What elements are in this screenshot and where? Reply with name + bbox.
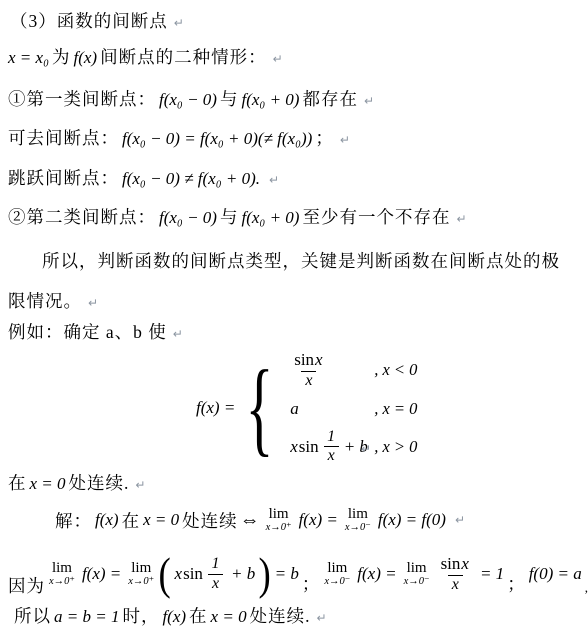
piecewise-case-1: sinx x , x < 0 bbox=[287, 350, 420, 390]
piecewise-case-3: xsin 1 x + b , x > 0 bbox=[287, 428, 420, 466]
sin-function: sin bbox=[441, 554, 461, 573]
limit-word: lim bbox=[131, 561, 151, 576]
chinese-text: 都存在 bbox=[302, 89, 358, 109]
limit: limx→0⁻ bbox=[404, 561, 430, 588]
chinese-text: 因为 bbox=[8, 573, 45, 598]
math-variable: x bbox=[175, 564, 183, 584]
math-expression: f(x₀ − 0) ≠ f(x₀ + 0). bbox=[122, 169, 260, 188]
open-paren-symbol: ( bbox=[159, 553, 171, 594]
chinese-text: ； bbox=[315, 128, 334, 148]
limit-subscript: x→0⁻ bbox=[404, 577, 430, 588]
paragraph-mark: ↵ bbox=[364, 94, 374, 108]
limit-word: lim bbox=[348, 507, 368, 522]
math-expression: f(x) bbox=[73, 48, 97, 67]
math-expression: f(x) = bbox=[299, 510, 338, 530]
math-expression: f(x₀ − 0) bbox=[159, 90, 217, 109]
case-condition: , x < 0 bbox=[374, 360, 417, 380]
math-variable: x bbox=[461, 554, 469, 573]
final-line: 所以a = b = 1时，f(x)在x = 0处连续.↵ bbox=[14, 603, 327, 628]
paragraph-mark: ↵ bbox=[88, 296, 98, 310]
paragraph-mark: ↵ bbox=[455, 513, 465, 527]
close-paren-symbol: ) bbox=[259, 553, 271, 594]
heading-line: （3）函数的间断点↵ bbox=[10, 8, 184, 33]
limit: limx→0⁻ bbox=[345, 507, 371, 534]
chinese-text: 跳跃间断点： bbox=[8, 168, 119, 188]
fraction-numerator: sinx bbox=[438, 554, 473, 574]
semicolon-punct: ； bbox=[302, 571, 321, 596]
conclusion-line-1: 所以，判断函数的间断点类型，关键是判断函数在间断点处的极 bbox=[42, 248, 560, 273]
math-expression: f(x) bbox=[162, 607, 186, 626]
solution-line: 解： f(x) 在 x = 0 处连续 ⇔ limx→0⁺ f(x) = lim… bbox=[55, 500, 465, 540]
type1-line: ①第一类间断点：f(x₀ − 0)与f(x₀ + 0)都存在↵ bbox=[8, 86, 374, 111]
math-expression: x = x₀ bbox=[8, 48, 49, 67]
math-expression: f(x) = bbox=[357, 564, 396, 584]
fraction-numerator: 1 bbox=[208, 555, 222, 573]
chinese-text: 与 bbox=[220, 207, 239, 227]
math-expression: f(x) = f(0) bbox=[378, 510, 446, 530]
chinese-text: 处连续. bbox=[250, 606, 311, 626]
fraction: sinx x bbox=[291, 350, 326, 390]
solution-label: 解： bbox=[55, 508, 92, 533]
case-expression: sinx x bbox=[287, 350, 371, 390]
math-expression: + b bbox=[231, 564, 255, 584]
intro-line: x = x₀为f(x)间断点的二种情形：↵ bbox=[8, 44, 283, 69]
limit-word: lim bbox=[269, 507, 289, 522]
paragraph-mark: ↵ bbox=[316, 611, 326, 625]
limit-subscript: x→0⁺ bbox=[266, 523, 292, 534]
limit: limx→0⁺ bbox=[128, 561, 154, 588]
fraction-denominator: x bbox=[448, 575, 463, 594]
chinese-text: 在 bbox=[189, 606, 208, 626]
removable-line: 可去间断点：f(x₀ − 0) = f(x₀ + 0)(≠ f(x₀))；↵ bbox=[8, 125, 350, 150]
chinese-text: 处连续. bbox=[69, 473, 130, 493]
paragraph-mark: ↵ bbox=[173, 327, 183, 341]
chinese-text: 至少有一个不存在 bbox=[302, 207, 450, 227]
sin-function: sin bbox=[294, 350, 314, 369]
math-expression: x = 0 bbox=[143, 510, 179, 530]
limit: limx→0⁺ bbox=[266, 507, 292, 534]
limit-subscript: x→0⁻ bbox=[345, 523, 371, 534]
equation-lhs: f(x) = bbox=[196, 398, 235, 418]
math-expression: x = 0 bbox=[211, 607, 247, 626]
chinese-text: 所以 bbox=[14, 606, 51, 626]
jump-line: 跳跃间断点：f(x₀ − 0) ≠ f(x₀ + 0).↵ bbox=[8, 165, 279, 190]
fraction: sinxx bbox=[438, 554, 473, 594]
case-condition: , x > 0 bbox=[374, 437, 417, 457]
math-expression: a = b = 1 bbox=[54, 607, 119, 626]
paragraph-mark: ↵ bbox=[174, 16, 184, 30]
fraction-denominator: x bbox=[324, 446, 339, 465]
chinese-text: 间断点的二种情形： bbox=[100, 47, 267, 67]
chinese-text: 限情况。 bbox=[8, 291, 82, 311]
limit-subscript: x→0⁺ bbox=[128, 577, 154, 588]
continuity-line: 在x = 0处连续.↵ bbox=[8, 470, 145, 495]
chinese-text: ①第一类间断点： bbox=[8, 89, 156, 109]
math-expression: f(x₀ + 0) bbox=[241, 208, 299, 227]
left-brace-symbol: { bbox=[246, 356, 274, 460]
chinese-text: ②第二类间断点： bbox=[8, 207, 156, 227]
example-line: 例如：确定 a、b 使↵ bbox=[8, 319, 183, 344]
heading-text: （3）函数的间断点 bbox=[10, 11, 168, 31]
conclusion-line-2: 限情况。↵ bbox=[8, 288, 98, 313]
limit: limx→0⁺ bbox=[49, 561, 75, 588]
iff-symbol: ⇔ bbox=[240, 509, 260, 532]
math-expression: f(x) = bbox=[82, 564, 121, 584]
math-expression: x = 0 bbox=[30, 474, 66, 493]
case-condition: , x = 0 bbox=[374, 399, 417, 419]
fraction-denominator: x bbox=[208, 574, 223, 593]
because-line: 因为 limx→0⁺ f(x) = limx→0⁺ ( xsin 1x + b … bbox=[8, 548, 588, 600]
fraction: 1 x bbox=[323, 428, 340, 466]
chinese-text: 可去间断点： bbox=[8, 128, 119, 148]
paragraph-mark: ↵ bbox=[340, 133, 350, 147]
sin-function: sin bbox=[299, 437, 319, 457]
piecewise-equation: f(x) = { sinx x , x < 0 a , x = 0 xsin bbox=[193, 352, 420, 464]
math-expression: = 1 bbox=[480, 564, 504, 584]
comma-punct: , bbox=[585, 580, 588, 596]
paragraph-mark: ↵ bbox=[273, 52, 283, 66]
limit-word: lim bbox=[52, 561, 72, 576]
case-expression: a bbox=[287, 399, 371, 419]
limit-subscript: x→0⁻ bbox=[324, 577, 350, 588]
math-expression: f(x₀ − 0) = f(x₀ + 0)(≠ f(x₀)) bbox=[122, 129, 312, 148]
document-page: （3）函数的间断点↵ x = x₀为f(x)间断点的二种情形：↵ ①第一类间断点… bbox=[0, 0, 588, 632]
chinese-text: 在 bbox=[122, 508, 141, 533]
fraction-numerator: 1 bbox=[324, 428, 338, 446]
case-expression: xsin 1 x + b bbox=[287, 428, 371, 466]
fraction-numerator: sinx bbox=[291, 350, 326, 370]
piecewise-case-2: a , x = 0 bbox=[287, 399, 420, 419]
limit-word: lim bbox=[327, 561, 347, 576]
chinese-text: 在 bbox=[8, 473, 27, 493]
math-variable: a bbox=[290, 399, 299, 419]
paragraph-mark: ↵ bbox=[135, 478, 145, 492]
chinese-text: 时， bbox=[122, 606, 159, 626]
math-expression: f(0) = a bbox=[529, 564, 582, 584]
math-expression: f(x₀ + 0) bbox=[241, 90, 299, 109]
paragraph-mark: ↵ bbox=[456, 212, 466, 226]
fraction-denominator: x bbox=[301, 371, 316, 390]
paragraph-mark: ↵ bbox=[361, 442, 371, 456]
limit-word: lim bbox=[407, 561, 427, 576]
chinese-text: 所以，判断函数的间断点类型，关键是判断函数在间断点处的极 bbox=[42, 251, 560, 271]
math-variable: x bbox=[290, 437, 298, 457]
piecewise-cases: sinx x , x < 0 a , x = 0 xsin 1 x + b bbox=[287, 350, 420, 466]
math-expression: = b bbox=[275, 564, 299, 584]
semicolon-punct: ； bbox=[507, 571, 526, 596]
limit: limx→0⁻ bbox=[324, 561, 350, 588]
math-variable: x bbox=[315, 350, 323, 369]
chinese-text: 与 bbox=[220, 89, 239, 109]
fraction: 1x bbox=[207, 555, 224, 593]
type2-line: ②第二类间断点：f(x₀ − 0)与f(x₀ + 0)至少有一个不存在↵ bbox=[8, 204, 467, 229]
math-expression: f(x₀ − 0) bbox=[159, 208, 217, 227]
limit-subscript: x→0⁺ bbox=[49, 577, 75, 588]
sin-function: sin bbox=[183, 564, 203, 584]
chinese-text: 例如：确定 a、b 使 bbox=[8, 322, 167, 342]
math-expression: f(x) bbox=[95, 510, 119, 530]
chinese-text: 为 bbox=[52, 47, 71, 67]
paragraph-mark: ↵ bbox=[269, 173, 279, 187]
chinese-text: 处连续 bbox=[182, 508, 238, 533]
